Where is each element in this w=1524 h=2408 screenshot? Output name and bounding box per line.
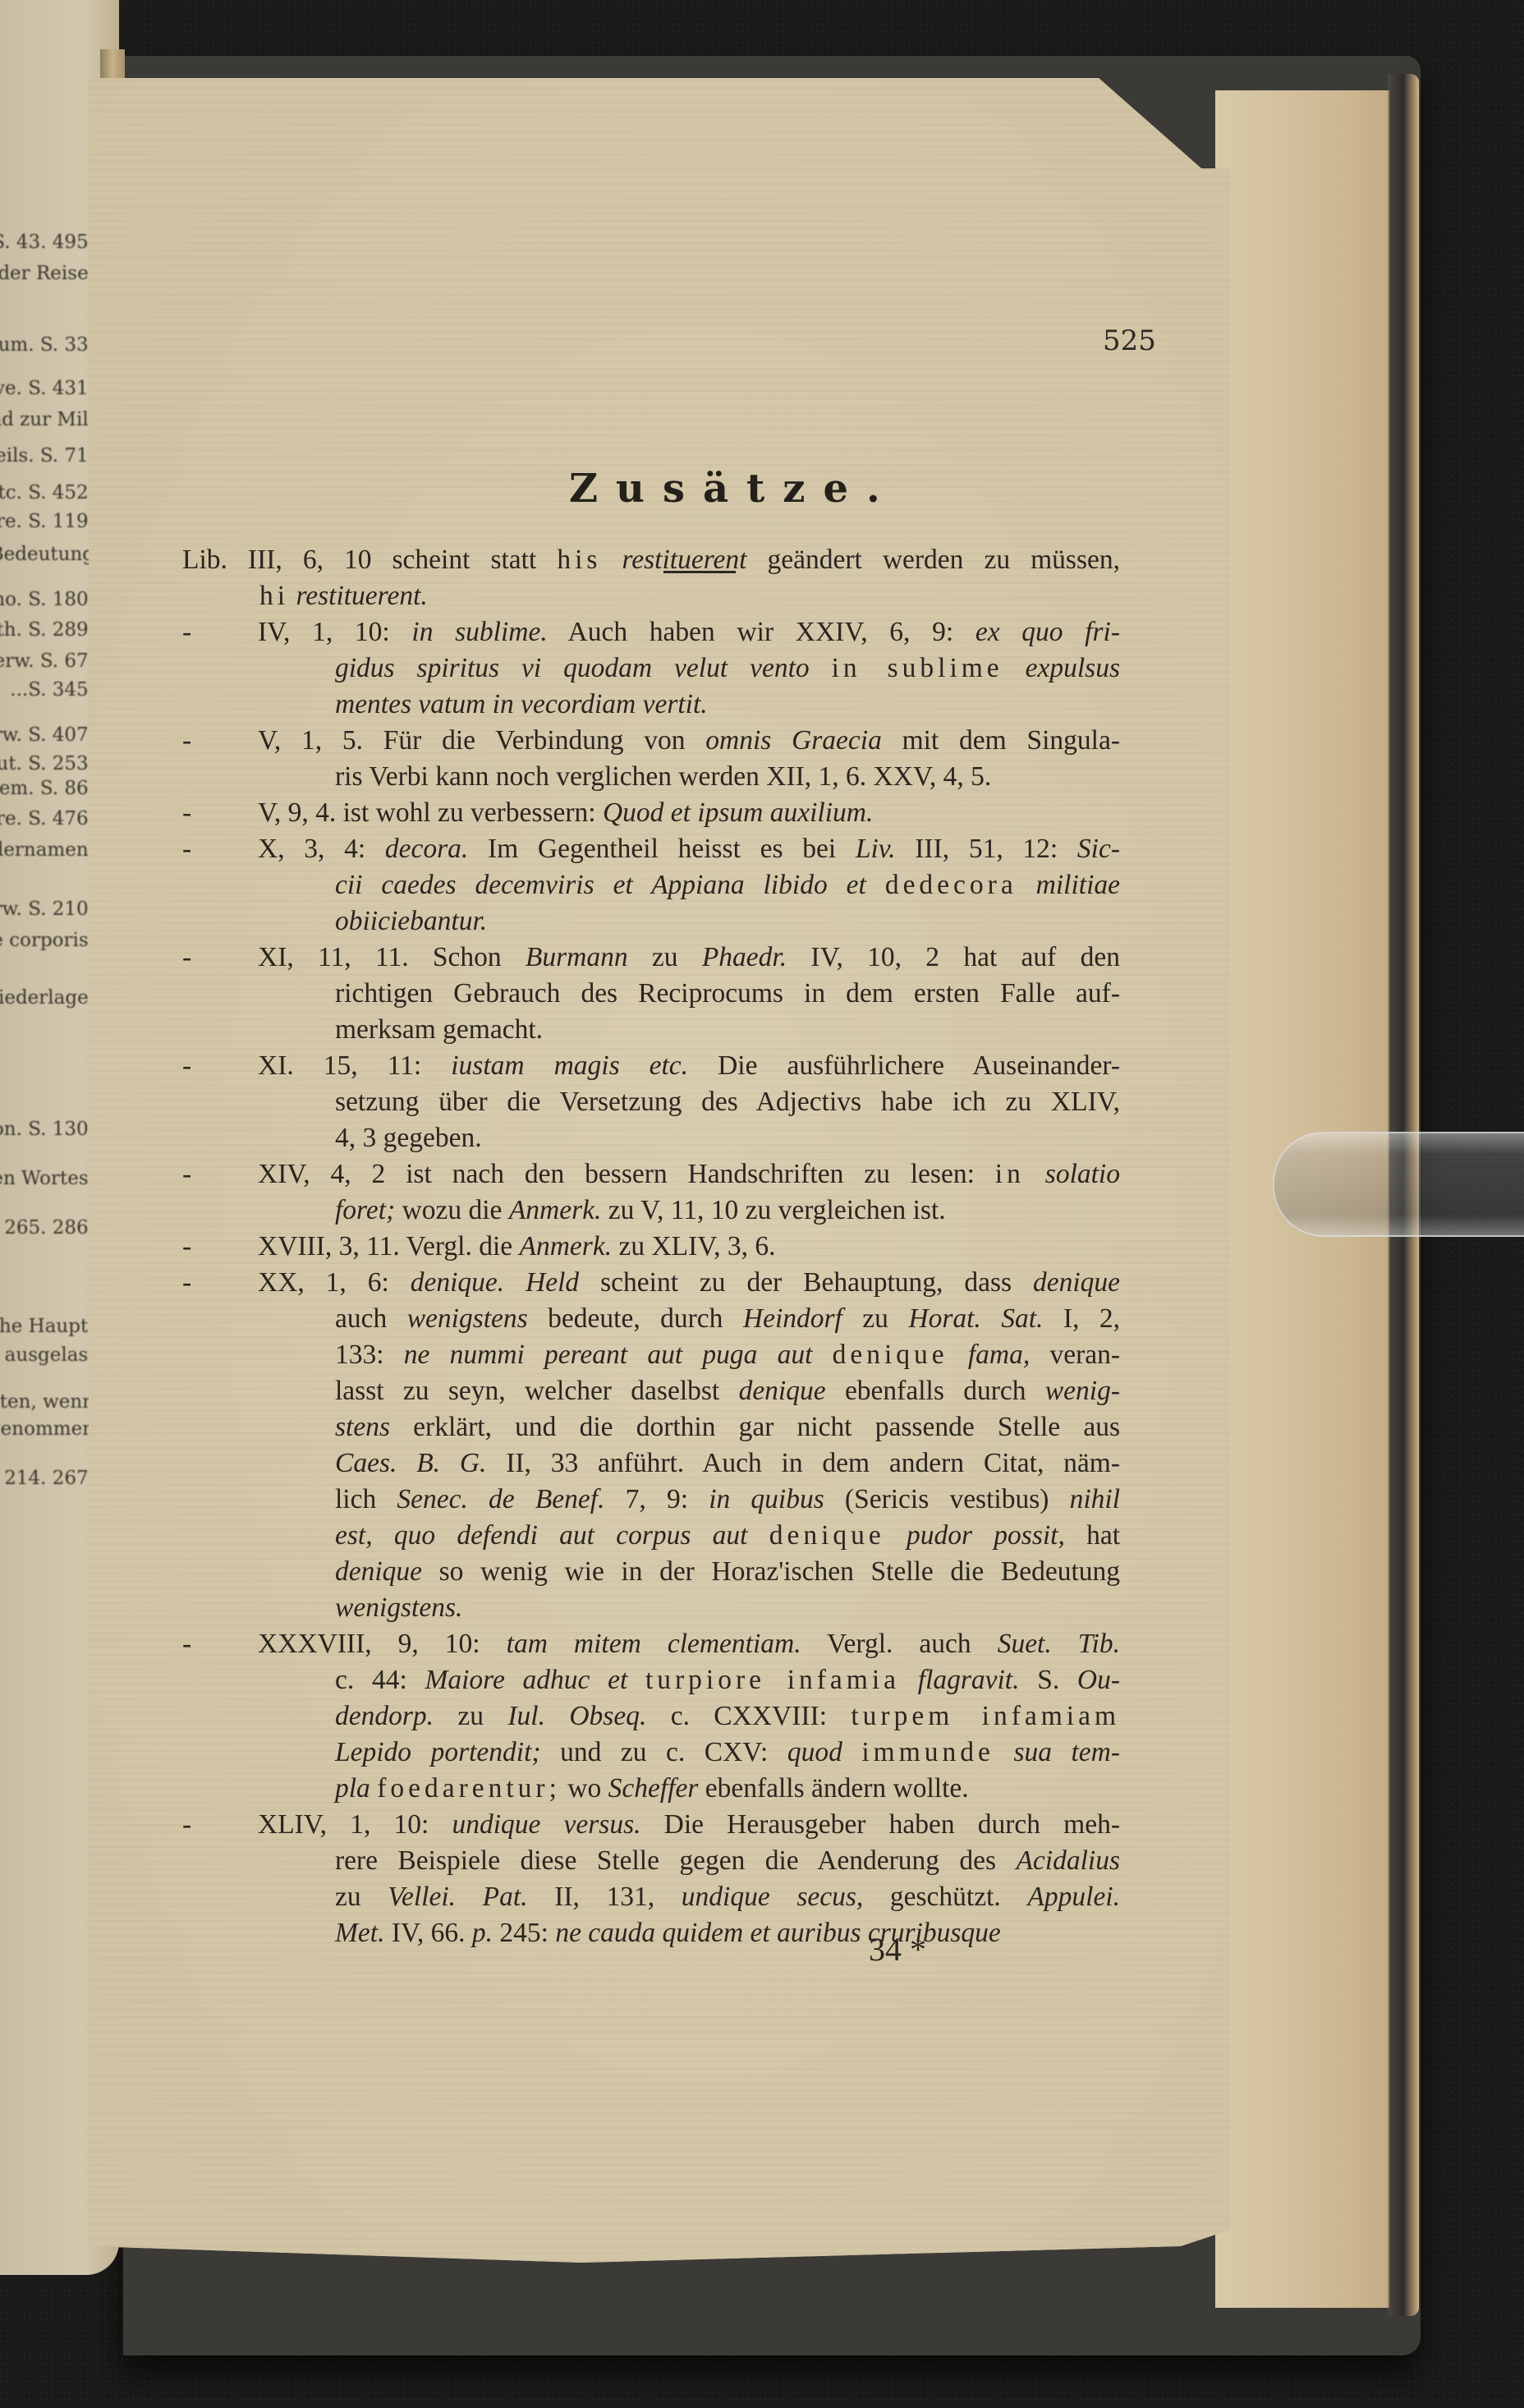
italic-text: ne nummi pereant aut puga aut bbox=[404, 1340, 813, 1370]
text-line: XVIII, 3, 11. Vergl. die Anmerk. zu XLIV… bbox=[258, 1229, 1120, 1265]
text-run: und zu c. CXV: bbox=[541, 1737, 787, 1767]
italic-text: omnis Graecia bbox=[705, 725, 882, 756]
text-run bbox=[842, 1737, 862, 1767]
text-run: IV, 1, 10: bbox=[258, 617, 411, 647]
text-run: XX, 1, 6: bbox=[258, 1267, 411, 1298]
spaced-text: denique bbox=[833, 1340, 948, 1370]
spaced-text: in sublime bbox=[832, 653, 1003, 683]
text-run: ebenfalls durch bbox=[826, 1376, 1045, 1406]
text-line: V, 9, 4. ist wohl zu verbessern: Quod et… bbox=[258, 795, 1120, 831]
entry-dash: - bbox=[182, 940, 207, 976]
addendum-entry: -XI, 11, 11. Schon Burmann zu Phaedr. IV… bbox=[182, 940, 1120, 1048]
text-line: XI. 15, 11: iustam magis etc. Die ausfüh… bbox=[258, 1048, 1120, 1084]
text-line: merksam gemacht. bbox=[258, 1012, 1120, 1048]
facing-page-text-fragment: ...ccusativ. S. 43. 495. bbox=[0, 232, 94, 253]
addendum-entry: -V, 1, 5. Für die Verbindung von omnis G… bbox=[182, 723, 1120, 795]
italic-text: sua tem- bbox=[1013, 1737, 1120, 1767]
italic-text: nihil bbox=[1070, 1484, 1120, 1514]
facing-page-text-fragment: ...ntem absolut. S. 253. bbox=[0, 753, 94, 774]
text-run: Im Gegentheil heisst es bei bbox=[468, 834, 856, 864]
text-run bbox=[948, 1340, 968, 1370]
text-line: 4, 3 gegeben. bbox=[258, 1120, 1120, 1156]
italic-text: Acidalius bbox=[1016, 1845, 1120, 1876]
facing-page-text-fragment: ...ptari verw. S. 210. bbox=[0, 898, 94, 920]
text-run bbox=[1017, 870, 1036, 900]
text-run: Vergl. auch bbox=[801, 1629, 998, 1659]
text-run: zu V, 11, 10 zu vergleichen ist. bbox=[601, 1195, 945, 1225]
facing-page-text-fragment: ...n Beyspielen der Reise. bbox=[0, 263, 94, 284]
text-run: c. CXXVIII: bbox=[646, 1701, 851, 1731]
text-line: XXXVIII, 9, 10: tam mitem clementiam. Ve… bbox=[258, 1626, 1120, 1662]
text-run: geändert werden zu müssen, bbox=[746, 545, 1120, 575]
facing-page-text-fragment: ...S. 345. bbox=[10, 679, 94, 701]
text-line: richtigen Gebrauch des Reciprocums in de… bbox=[258, 976, 1120, 1012]
facing-page-text-fragment: ...ausgenommen bbox=[0, 1418, 94, 1440]
spaced-text: turpiore infamia bbox=[645, 1665, 900, 1695]
text-line: rere Beispiele diese Stelle gegen die Ae… bbox=[258, 1843, 1120, 1879]
spaced-text: hi bbox=[259, 581, 289, 611]
text-run: 4, 3 gegeben. bbox=[335, 1123, 482, 1153]
italic-text: Held bbox=[526, 1267, 579, 1298]
text-run bbox=[810, 653, 832, 683]
text-run: Lib. III, 6, 10 scheint statt bbox=[182, 545, 557, 575]
italic-text: wenigstens. bbox=[335, 1592, 462, 1623]
italic-text: Vellei. Pat. bbox=[388, 1882, 527, 1912]
text-run bbox=[747, 1520, 769, 1551]
italic-text: cii caedes decemviris et Appiana libido … bbox=[335, 870, 866, 900]
italic-text: foret; bbox=[335, 1195, 395, 1225]
addendum-entry: -XVIII, 3, 11. Vergl. die Anmerk. zu XLI… bbox=[182, 1229, 1120, 1265]
text-line: denique so wenig wie in der Horaz'ischen… bbox=[258, 1554, 1120, 1590]
facing-page-text-fragment: ...valeri, und zur Mil. bbox=[0, 409, 94, 430]
text-line: 133: ne nummi pereant aut puga aut deniq… bbox=[258, 1337, 1120, 1373]
text-run: wozu die bbox=[395, 1195, 509, 1225]
italic-text: Phaedr. bbox=[702, 942, 787, 972]
italic-text: Heindorf bbox=[743, 1303, 842, 1334]
text-line: XIV, 4, 2 ist nach den bessern Handschri… bbox=[258, 1156, 1120, 1193]
addendum-entry: Lib. III, 6, 10 scheint statt his restit… bbox=[182, 542, 1120, 614]
entry-dash: - bbox=[182, 1265, 207, 1301]
text-run: 245: bbox=[493, 1918, 555, 1948]
italic-text: ex quo fri- bbox=[975, 617, 1120, 647]
text-run: erklärt, und die dorthin gar nicht passe… bbox=[390, 1412, 1120, 1442]
text-line: lasst zu seyn, welcher daselbst denique … bbox=[258, 1373, 1120, 1409]
facing-page-text-fragment: ... omnium etc. S. 452. bbox=[0, 482, 94, 503]
italic-text: undique versus. bbox=[452, 1809, 640, 1840]
italic-text: Caes. B. G. bbox=[335, 1448, 486, 1478]
text-line: XLIV, 1, 10: undique versus. Die Herausg… bbox=[258, 1807, 1120, 1843]
facing-page-text-fragment: ...m. S. 265. 286. bbox=[0, 1217, 94, 1238]
entry-dash: - bbox=[182, 723, 207, 759]
italic-text: Appulei. bbox=[1027, 1882, 1120, 1912]
facing-page-text-fragment: ...ntem. S. 86. bbox=[0, 778, 94, 799]
italic-text: in quibus bbox=[709, 1484, 824, 1514]
text-line: XX, 1, 6: denique. Held scheint zu der B… bbox=[258, 1265, 1120, 1301]
spaced-text: dedecora bbox=[885, 870, 1017, 900]
text-line: Lib. III, 6, 10 scheint statt his restit… bbox=[182, 542, 1120, 578]
text-run: c. 44: bbox=[335, 1665, 425, 1695]
italic-text: tam mitem clementiam. bbox=[507, 1629, 801, 1659]
text-run: X, 3, 4: bbox=[258, 834, 385, 864]
italic-text: Liv. bbox=[856, 834, 896, 864]
text-run bbox=[601, 545, 622, 575]
italic-text: flagravit. bbox=[918, 1665, 1020, 1695]
text-line: gidus spiritus vi quodam velut vento in … bbox=[258, 650, 1120, 687]
text-line: pla foedarentur; wo Scheffer ebenfalls ä… bbox=[258, 1771, 1120, 1807]
text-line: stens erklärt, und die dorthin gar nicht… bbox=[258, 1409, 1120, 1445]
addendum-entry: -XLIV, 1, 10: undique versus. Die Heraus… bbox=[182, 1807, 1120, 1951]
text-line: wenigstens. bbox=[258, 1590, 1120, 1626]
text-run: bedeute, durch bbox=[528, 1303, 743, 1334]
text-run bbox=[370, 1773, 377, 1804]
facing-page-text-fragment: ...lich, Niederlage. bbox=[0, 987, 94, 1009]
italic-text: expulsus bbox=[1026, 653, 1120, 683]
text-run: 133: bbox=[335, 1340, 404, 1370]
facing-page-text-fragment: ...und mittere. S. 476. bbox=[0, 808, 94, 829]
text-line: IV, 1, 10: in sublime. Auch haben wir XX… bbox=[258, 614, 1120, 650]
italic-text: p. bbox=[472, 1918, 493, 1948]
italic-text: Quod et ipsum auxilium. bbox=[603, 797, 873, 828]
text-run: zu bbox=[628, 942, 702, 972]
entry-dash: - bbox=[182, 795, 207, 831]
italic-text: denique. bbox=[411, 1267, 504, 1298]
text-line: auch wenigstens bedeute, durch Heindorf … bbox=[258, 1301, 1120, 1337]
spaced-text: denique bbox=[769, 1520, 885, 1551]
italic-text: in sublime. bbox=[411, 617, 547, 647]
text-run: setzung über die Versetzung des Adjectiv… bbox=[335, 1087, 1120, 1117]
text-line: dendorp. zu Iul. Obseq. c. CXXVIII: turp… bbox=[258, 1698, 1120, 1735]
italic-text: mentes vatum in vecordiam vertit. bbox=[335, 689, 708, 719]
facing-page-text-fragment: ...arige verw. S. 407. bbox=[0, 724, 94, 746]
facing-page-text-fragment: ...aftliche Haupt- bbox=[0, 1316, 94, 1337]
text-run bbox=[1025, 1159, 1045, 1189]
addendum-entry: -XXXVIII, 9, 10: tam mitem clementiam. V… bbox=[182, 1626, 1120, 1807]
text-line: Caes. B. G. II, 33 anführt. Auch in dem … bbox=[258, 1445, 1120, 1482]
text-run: IV, 66. bbox=[384, 1918, 471, 1948]
text-line: ris Verbi kann noch verglichen werden XI… bbox=[258, 759, 1120, 795]
facing-page-text-fragment: ...doppelter Bedeutung bbox=[0, 544, 94, 565]
text-run: ebenfalls ändern wollte. bbox=[698, 1773, 968, 1804]
text-run: III, 51, 12: bbox=[896, 834, 1077, 864]
text-line: Lepido portendit; und zu c. CXV: quod im… bbox=[258, 1735, 1120, 1771]
entry-dash: - bbox=[182, 614, 207, 650]
italic-text: fama, bbox=[968, 1340, 1030, 1370]
text-run: XLIV, 1, 10: bbox=[258, 1809, 452, 1840]
entry-dash: - bbox=[182, 1626, 207, 1662]
facing-page-text-fragment: ..., 224 verth. S. 289. bbox=[0, 619, 94, 641]
text-line: Met. IV, 66. p. 245: ne cauda quidem et … bbox=[258, 1915, 1120, 1951]
signature-mark: 34 * bbox=[869, 1930, 926, 1969]
facing-page-text-fragment: ...selben Wortes. bbox=[0, 1168, 94, 1189]
italic-text: militiae bbox=[1036, 870, 1120, 900]
text-run: hat bbox=[1065, 1520, 1120, 1551]
text-line: obiiciebantur. bbox=[258, 903, 1120, 940]
text-run bbox=[504, 1267, 526, 1298]
italic-text: Anmerk. bbox=[509, 1195, 602, 1225]
facing-page-text-fragment: ...Satze ausgelas- bbox=[0, 1344, 94, 1366]
text-line: c. 44: Maiore adhuc et turpiore infamia … bbox=[258, 1662, 1120, 1698]
text-run: richtigen Gebrauch des Reciprocums in de… bbox=[335, 978, 1120, 1009]
italic-text: pla bbox=[335, 1773, 370, 1804]
italic-text: Sic- bbox=[1077, 834, 1120, 864]
text-run bbox=[900, 1665, 918, 1695]
italic-text: solatio bbox=[1045, 1159, 1120, 1189]
text-line: est, quo defendi aut corpus aut denique … bbox=[258, 1518, 1120, 1554]
text-run: XXXVIII, 9, 10: bbox=[258, 1629, 507, 1659]
text-run: ris Verbi kann noch verglichen werden XI… bbox=[335, 761, 991, 792]
text-run: II, 33 anführt. Auch in dem andern Citat… bbox=[486, 1448, 1120, 1478]
text-line: zu Vellei. Pat. II, 131, undique secus, … bbox=[258, 1879, 1120, 1915]
italic-text: Burmann bbox=[526, 942, 628, 972]
italic-text: iustam magis etc. bbox=[451, 1050, 688, 1081]
facing-page-text-fragment: ...t der Ländernamen. bbox=[0, 839, 94, 861]
facing-page-text-fragment: ...truction. S. 130. bbox=[0, 1119, 94, 1140]
text-line: setzung über die Versetzung des Adjectiv… bbox=[258, 1084, 1120, 1120]
italic-text: Horat. Sat. bbox=[908, 1303, 1043, 1334]
italic-text: wenigstens bbox=[407, 1303, 528, 1334]
text-line: V, 1, 5. Für die Verbindung von omnis Gr… bbox=[258, 723, 1120, 759]
text-line: X, 3, 4: decora. Im Gegentheil heisst es… bbox=[258, 831, 1120, 867]
italic-text: quod bbox=[787, 1737, 842, 1767]
text-run: V, 1, 5. Für die Verbindung von bbox=[258, 725, 705, 756]
text-run: II, 131, bbox=[528, 1882, 682, 1912]
text-line: foret; wozu die Anmerk. zu V, 11, 10 zu … bbox=[258, 1193, 1120, 1229]
facing-page-text-fragment: ...von homo. S. 180. bbox=[0, 589, 94, 610]
text-run: mit dem Singula- bbox=[882, 725, 1120, 756]
italic-text: ne cauda quidem et auribus cruribusque bbox=[555, 1918, 1000, 1948]
text-run bbox=[812, 1340, 832, 1370]
text-run: so wenig wie in der Horaz'ischen Stelle … bbox=[422, 1556, 1120, 1587]
text-run bbox=[994, 1737, 1014, 1767]
italic-text: restituerent bbox=[622, 545, 746, 575]
text-run: S. bbox=[1020, 1665, 1077, 1695]
text-run: merksam gemacht. bbox=[335, 1014, 543, 1045]
italic-text: dendorp. bbox=[335, 1701, 434, 1731]
text-run: IV, 10, 2 hat auf den bbox=[787, 942, 1120, 972]
entry-dash: - bbox=[182, 1229, 207, 1265]
text-run: Die ausführlichere Auseinander- bbox=[688, 1050, 1120, 1081]
text-run: zu bbox=[434, 1701, 507, 1731]
text-run: V, 9, 4. ist wohl zu verbessern: bbox=[258, 797, 603, 828]
italic-text: Maiore adhuc et bbox=[425, 1665, 627, 1695]
spaced-text: turpem infamiam bbox=[851, 1701, 1120, 1731]
text-run bbox=[627, 1665, 645, 1695]
italic-text: Senec. de Benef. bbox=[397, 1484, 604, 1514]
text-run: XVIII, 3, 11. Vergl. die bbox=[258, 1231, 520, 1261]
text-run bbox=[885, 1520, 907, 1551]
text-run: (Sericis vestibus) bbox=[824, 1484, 1070, 1514]
text-run: rere Beispiele diese Stelle gegen die Ae… bbox=[335, 1845, 1016, 1876]
italic-text: obiiciebantur. bbox=[335, 906, 487, 936]
text-run bbox=[866, 870, 885, 900]
italic-text: decora. bbox=[385, 834, 468, 864]
italic-text: wenig- bbox=[1045, 1376, 1120, 1406]
entry-dash: - bbox=[182, 1048, 207, 1084]
text-run: auch bbox=[335, 1303, 407, 1334]
addendum-entry: -X, 3, 4: decora. Im Gegentheil heisst e… bbox=[182, 831, 1120, 940]
entry-dash: - bbox=[182, 1807, 207, 1843]
italic-text: undique secus, bbox=[682, 1882, 864, 1912]
text-run: Auch haben wir XXIV, 6, 9: bbox=[548, 617, 975, 647]
italic-text: Ou- bbox=[1077, 1665, 1120, 1695]
facing-page-text-fragment: ...Urtheils. S. 71. bbox=[0, 445, 94, 466]
text-line: hi restituerent. bbox=[182, 578, 1120, 614]
text-run: zu XLIV, 3, 6. bbox=[612, 1231, 775, 1261]
addendum-entry: -XI. 15, 11: iustam magis etc. Die ausfü… bbox=[182, 1048, 1120, 1156]
italic-text: Anmerk. bbox=[520, 1231, 613, 1261]
text-run bbox=[1003, 653, 1026, 683]
text-run: XIV, 4, 2 ist nach den bessern Handschri… bbox=[258, 1159, 995, 1189]
facing-page-text-fragment: ...rnorum. S. 33. bbox=[0, 334, 94, 356]
italic-text: denique bbox=[335, 1556, 422, 1587]
text-line: XI, 11, 11. Schon Burmann zu Phaedr. IV,… bbox=[258, 940, 1120, 976]
entry-dash: - bbox=[182, 1156, 207, 1193]
italic-text: pudor possit, bbox=[907, 1520, 1065, 1551]
facing-page-text-fragment: ...us objective. S. 431. bbox=[0, 378, 94, 399]
text-line: lich Senec. de Benef. 7, 9: in quibus (S… bbox=[258, 1482, 1120, 1518]
spaced-text: in bbox=[995, 1159, 1025, 1189]
page-number: 525 bbox=[1103, 324, 1156, 357]
spaced-text: his bbox=[557, 545, 601, 575]
facing-page-text-fragment: ...qua parte corporis. bbox=[0, 930, 94, 951]
italic-text: gidus spiritus vi quodam velut vento bbox=[335, 653, 810, 683]
facing-page-text-fragment: ... 214. 267. bbox=[0, 1468, 94, 1489]
italic-text: Suet. Tib. bbox=[998, 1629, 1120, 1659]
text-line: cii caedes decemviris et Appiana libido … bbox=[258, 867, 1120, 903]
facing-page-text-fragment: ...nd a re. S. 119. bbox=[0, 511, 94, 532]
facing-page-text-fragment: ...libus verw. S. 67. bbox=[0, 650, 94, 672]
metal-page-clip bbox=[1273, 1132, 1524, 1237]
page-title: Zusätze. bbox=[569, 466, 898, 512]
text-run: Die Herausgeber haben durch meh- bbox=[641, 1809, 1121, 1840]
facing-page-text-fragment: ...ehalten, wenn bbox=[0, 1391, 94, 1413]
italic-text: stens bbox=[335, 1412, 390, 1442]
text-run: XI. 15, 11: bbox=[258, 1050, 451, 1081]
text-run: veran- bbox=[1030, 1340, 1120, 1370]
italic-text: est, quo defendi aut corpus aut bbox=[335, 1520, 747, 1551]
italic-text: denique bbox=[739, 1376, 826, 1406]
italic-text: Lepido portendit; bbox=[335, 1737, 541, 1767]
addendum-entry: -XX, 1, 6: denique. Held scheint zu der … bbox=[182, 1265, 1120, 1626]
text-run: wo bbox=[561, 1773, 608, 1804]
addendum-entry: -IV, 1, 10: in sublime. Auch haben wir X… bbox=[182, 614, 1120, 723]
italic-text: Scheffer bbox=[608, 1773, 699, 1804]
text-run: scheint zu der Behauptung, dass bbox=[579, 1267, 1033, 1298]
text-run: 7, 9: bbox=[604, 1484, 709, 1514]
text-run: XI, 11, 11. Schon bbox=[258, 942, 526, 972]
text-line: mentes vatum in vecordiam vertit. bbox=[258, 687, 1120, 723]
document-body: Lib. III, 6, 10 scheint statt his restit… bbox=[182, 542, 1120, 1951]
addendum-entry: -XIV, 4, 2 ist nach den bessern Handschr… bbox=[182, 1156, 1120, 1229]
italic-text: restituerent. bbox=[296, 581, 427, 611]
italic-text: Iul. Obseq. bbox=[507, 1701, 646, 1731]
spaced-text: foedarentur; bbox=[377, 1773, 561, 1804]
text-run: I, 2, bbox=[1043, 1303, 1120, 1334]
text-run: lich bbox=[335, 1484, 397, 1514]
italic-text: Met. bbox=[335, 1918, 384, 1948]
addendum-entry: -V, 9, 4. ist wohl zu verbessern: Quod e… bbox=[182, 795, 1120, 831]
spaced-text: immunde bbox=[861, 1737, 994, 1767]
italic-text: denique bbox=[1033, 1267, 1120, 1298]
text-run: zu bbox=[842, 1303, 909, 1334]
entry-dash: - bbox=[182, 831, 207, 867]
text-run: geschützt. bbox=[863, 1882, 1027, 1912]
text-run: zu bbox=[335, 1882, 388, 1912]
text-run: lasst zu seyn, welcher daselbst bbox=[335, 1376, 739, 1406]
